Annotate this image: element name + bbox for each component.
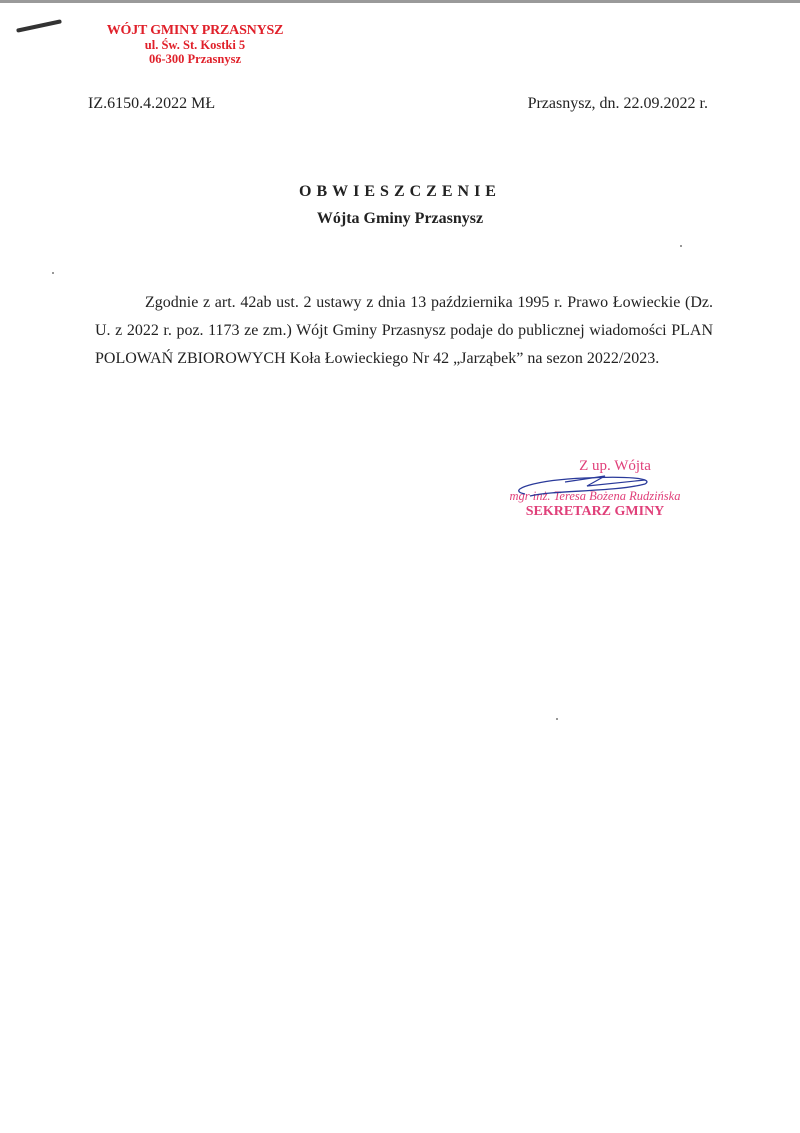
reference-number: IZ.6150.4.2022 MŁ <box>88 95 215 113</box>
stamp-line-1: WÓJT GMINY PRZASNYSZ <box>100 24 290 38</box>
scan-speck <box>556 718 558 720</box>
scan-top-edge <box>0 0 800 3</box>
pen-mark <box>16 19 62 32</box>
signatory-role: SEKRETARZ GMINY <box>480 504 710 520</box>
office-stamp: WÓJT GMINY PRZASNYSZ ul. Św. St. Kostki … <box>100 24 290 66</box>
body-paragraph: Zgodnie z art. 42ab ust. 2 ustawy z dnia… <box>95 289 713 373</box>
scan-speck <box>680 245 682 247</box>
scan-speck <box>52 272 54 274</box>
handwritten-signature-icon <box>495 470 695 500</box>
stamp-line-3: 06-300 Przasnysz <box>100 52 290 66</box>
place-date: Przasnysz, dn. 22.09.2022 r. <box>528 95 708 113</box>
stamp-line-2: ul. Św. St. Kostki 5 <box>100 38 290 52</box>
document-subtitle: Wójta Gminy Przasnysz <box>0 210 800 228</box>
document-title: OBWIESZCZENIE <box>0 183 800 201</box>
